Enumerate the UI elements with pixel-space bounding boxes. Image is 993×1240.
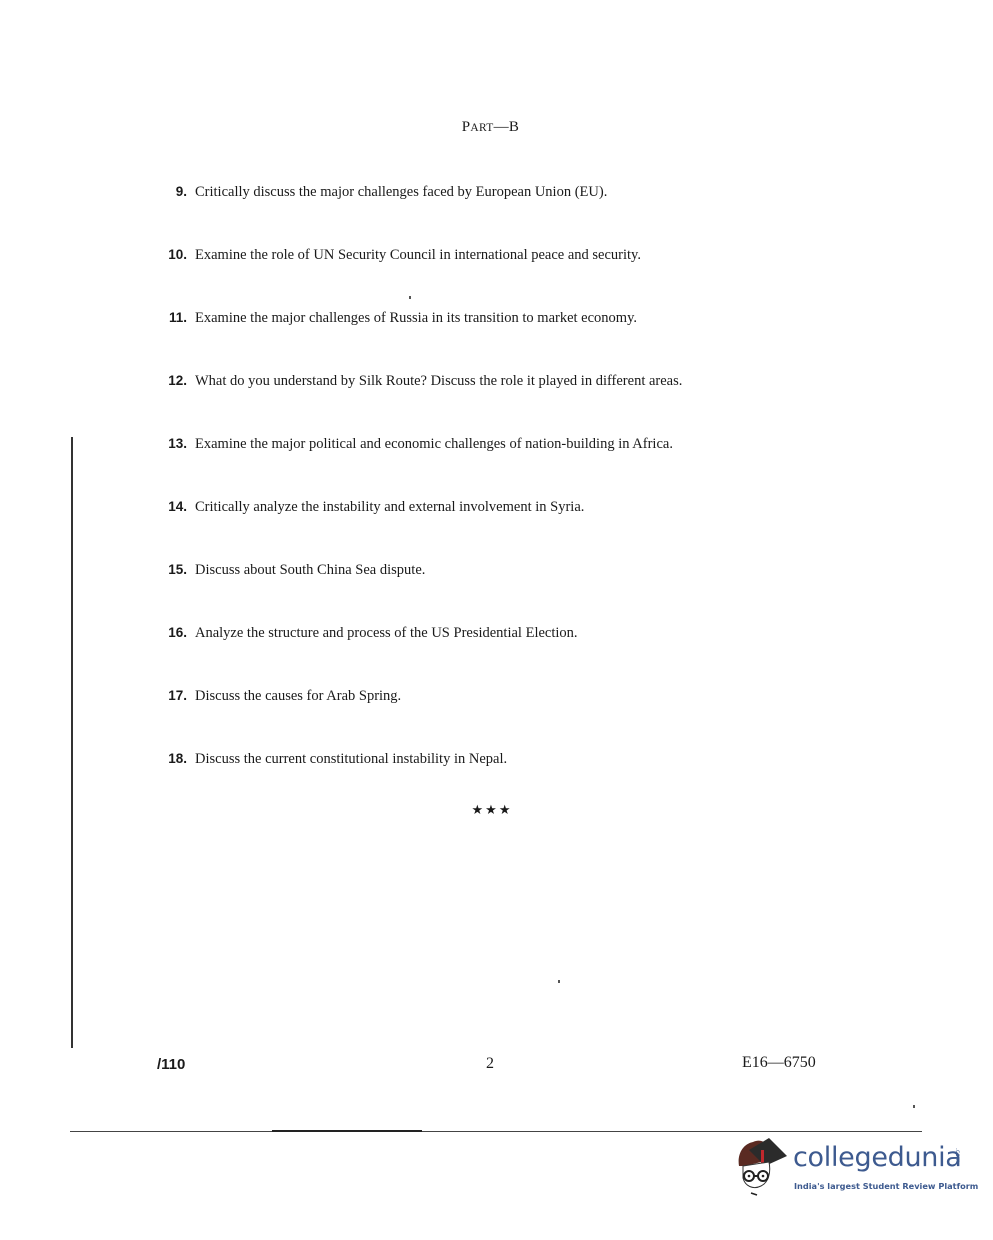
part-heading: PART—B xyxy=(0,119,981,136)
question-text: Discuss the causes for Arab Spring. xyxy=(195,688,850,705)
question-item: 17. Discuss the causes for Arab Spring. xyxy=(150,688,850,705)
part-heading-smallcaps: ART xyxy=(470,122,493,134)
question-number: 12. xyxy=(150,373,195,388)
question-text: Examine the major political and economic… xyxy=(195,436,850,453)
question-item: 14. Critically analyze the instability a… xyxy=(150,499,850,516)
end-of-paper-marker: ★★★ xyxy=(0,802,984,818)
question-number: 14. xyxy=(150,499,195,514)
scan-bottom-rule xyxy=(70,1131,922,1132)
question-number: 9. xyxy=(150,184,195,199)
scan-margin-line xyxy=(71,437,73,1048)
scan-speck xyxy=(558,980,560,983)
question-number: 16. xyxy=(150,625,195,640)
question-item: 10. Examine the role of UN Security Coun… xyxy=(150,247,850,264)
question-item: 9. Critically discuss the major challeng… xyxy=(150,184,850,201)
question-text: Critically discuss the major challenges … xyxy=(195,184,850,201)
question-number: 10. xyxy=(150,247,195,262)
question-text: Analyze the structure and process of the… xyxy=(195,625,850,642)
question-item: 13. Examine the major political and econ… xyxy=(150,436,850,453)
question-number: 18. xyxy=(150,751,195,766)
paper-code: E16—6750 xyxy=(742,1054,816,1072)
question-text: Discuss about South China Sea dispute. xyxy=(195,562,850,579)
question-item: 18. Discuss the current constitutional i… xyxy=(150,751,850,768)
mascot-icon xyxy=(735,1136,791,1198)
brand-tagline: India's largest Student Review Platform xyxy=(794,1181,978,1191)
question-text: Examine the role of UN Security Council … xyxy=(195,247,850,264)
question-number: 11. xyxy=(150,310,195,325)
scan-speck xyxy=(409,296,411,299)
question-text: What do you understand by Silk Route? Di… xyxy=(195,373,850,390)
question-text: Critically analyze the instability and e… xyxy=(195,499,850,516)
question-item: 12. What do you understand by Silk Route… xyxy=(150,373,850,390)
collegedunia-watermark: collegedunia .com India's largest Studen… xyxy=(735,1136,965,1206)
question-number: 17. xyxy=(150,688,195,703)
question-number: 13. xyxy=(150,436,195,451)
part-heading-letter: —B xyxy=(494,119,520,135)
brand-domain-suffix: .com xyxy=(954,1148,961,1163)
scan-speck xyxy=(913,1105,915,1108)
brand-name: collegedunia xyxy=(793,1143,962,1173)
question-number: 15. xyxy=(150,562,195,577)
question-item: 16. Analyze the structure and process of… xyxy=(150,625,850,642)
footer-code: /110 xyxy=(157,1056,185,1073)
page-number: 2 xyxy=(486,1055,494,1073)
question-item: 11. Examine the major challenges of Russ… xyxy=(150,310,850,327)
scan-bottom-rule-thick xyxy=(272,1130,422,1132)
question-text: Examine the major challenges of Russia i… xyxy=(195,310,850,327)
question-text: Discuss the current constitutional insta… xyxy=(195,751,850,768)
question-item: 15. Discuss about South China Sea disput… xyxy=(150,562,850,579)
